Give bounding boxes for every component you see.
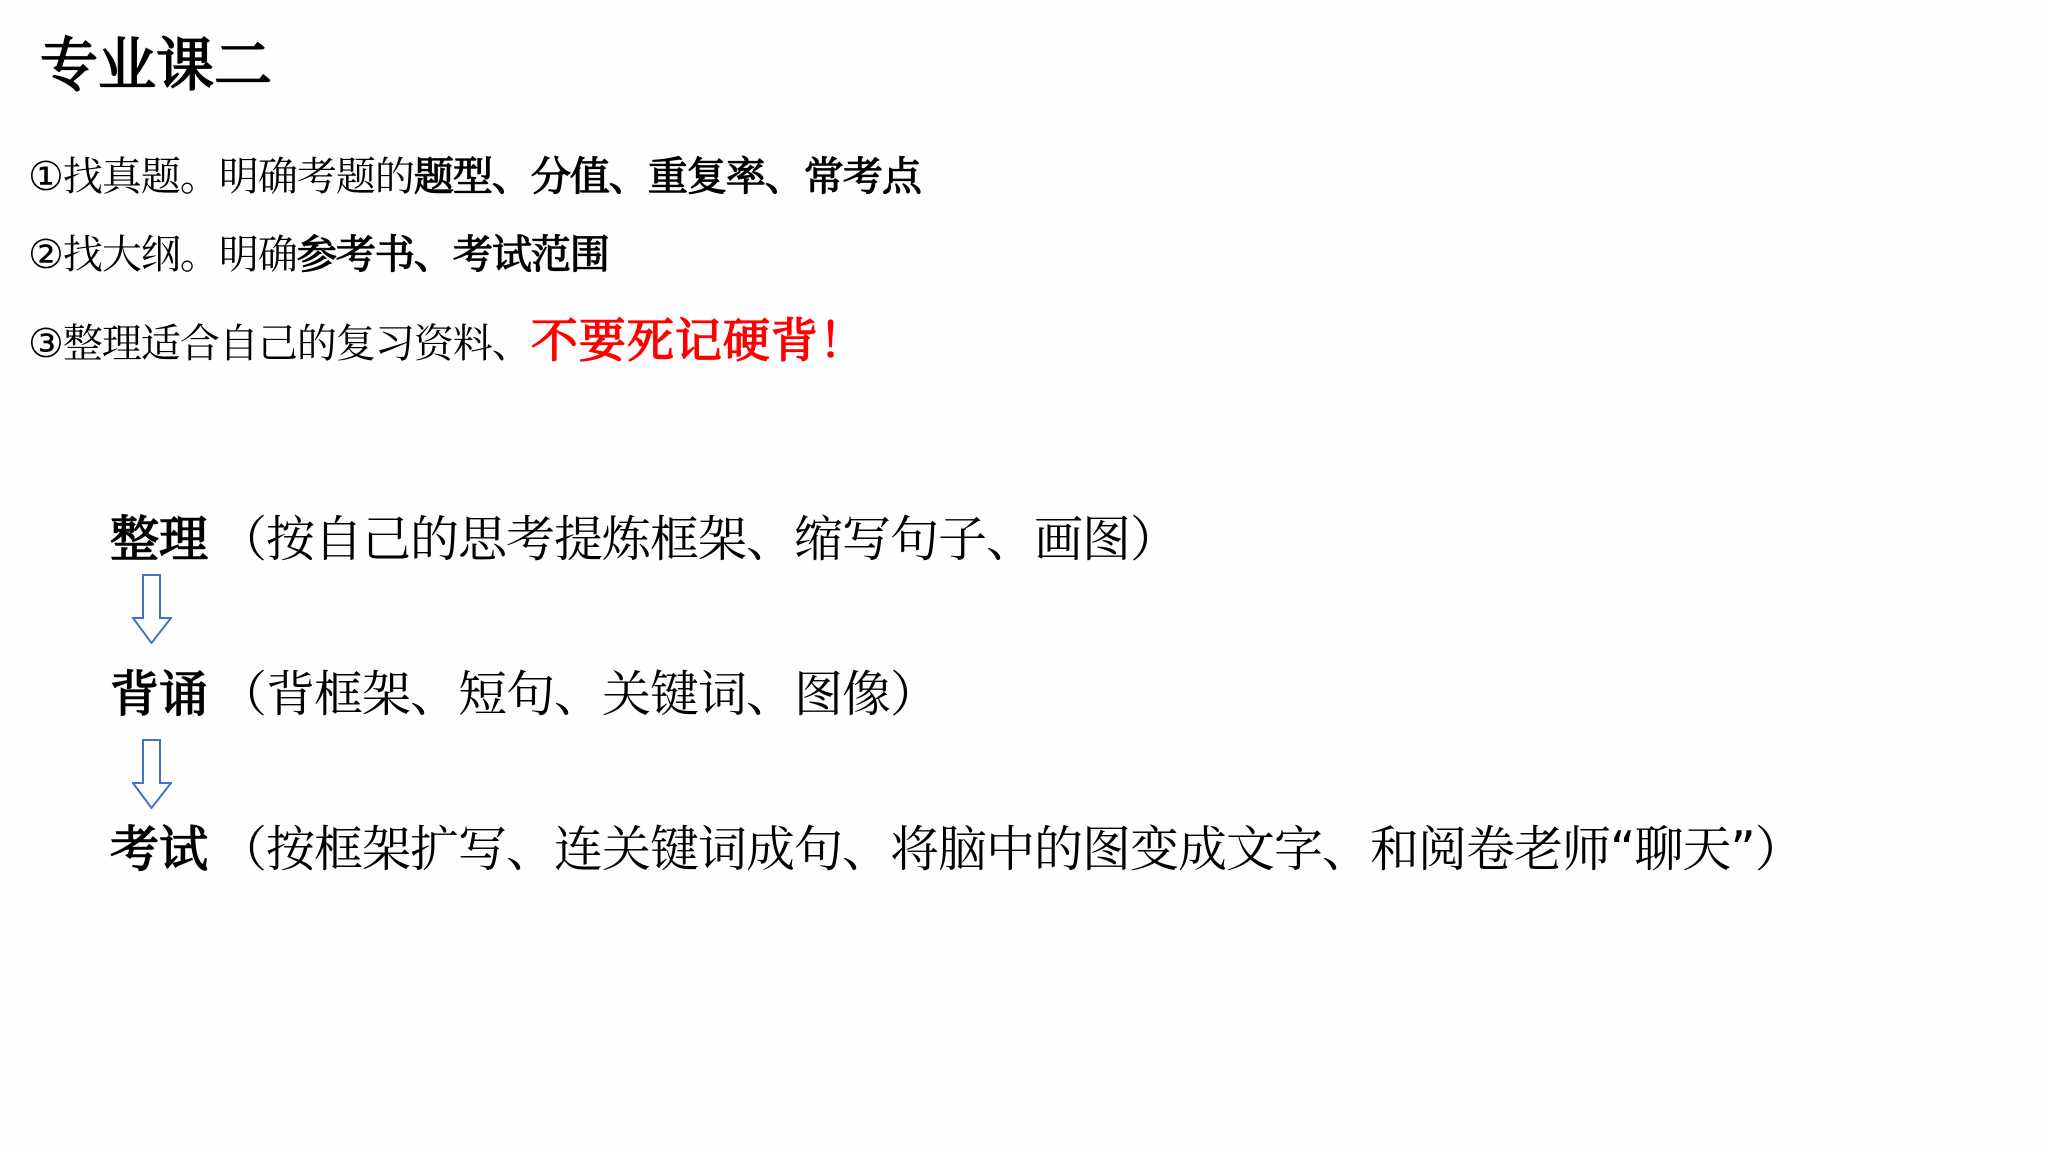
flow-stage-memorize: 背诵（背框架、短句、关键词、图像） [110,665,938,725]
step-marker: ③ [28,321,63,367]
flow-keyword: 背诵 [110,666,208,723]
flow-stage-organize: 整理（按自己的思考提炼框架、缩写句子、画图） [110,510,1178,570]
down-arrow-icon [132,574,172,644]
step-marker: ① [28,154,63,200]
step-3: ③整理适合自己的复习资料、不要死记硬背！ [28,317,867,369]
step-2: ②找大纲。明确参考书、考试范围 [28,230,609,280]
step-text: 整理适合自己的复习资料、 [63,321,531,367]
slide: 专业课二 ①找真题。明确考题的题型、分值、重复率、常考点 ②找大纲。明确参考书、… [0,0,2048,1152]
flow-detail: （背框架、短句、关键词、图像） [218,666,938,723]
step-1: ①找真题。明确考题的题型、分值、重复率、常考点 [28,152,921,202]
down-arrow-icon [132,739,172,809]
flow-detail: （按自己的思考提炼框架、缩写句子、画图） [218,511,1178,568]
flow-keyword: 整理 [110,511,208,568]
flow-stage-exam: 考试（按框架扩写、连关键词成句、将脑中的图变成文字、和阅卷老师“聊天”） [110,820,1803,880]
flow-detail: （按框架扩写、连关键词成句、将脑中的图变成文字、和阅卷老师“聊天”） [218,821,1803,878]
step-bold-text: 题型、分值、重复率、常考点 [414,154,921,200]
flow-keyword: 考试 [110,821,208,878]
step-emphasis-text: 不要死记硬背！ [531,314,867,369]
slide-title: 专业课二 [40,30,272,100]
step-marker: ② [28,232,63,278]
step-text: 找大纲。明确 [63,232,297,278]
step-text: 找真题。明确考题的 [63,154,414,200]
step-bold-text: 参考书、考试范围 [297,232,609,278]
